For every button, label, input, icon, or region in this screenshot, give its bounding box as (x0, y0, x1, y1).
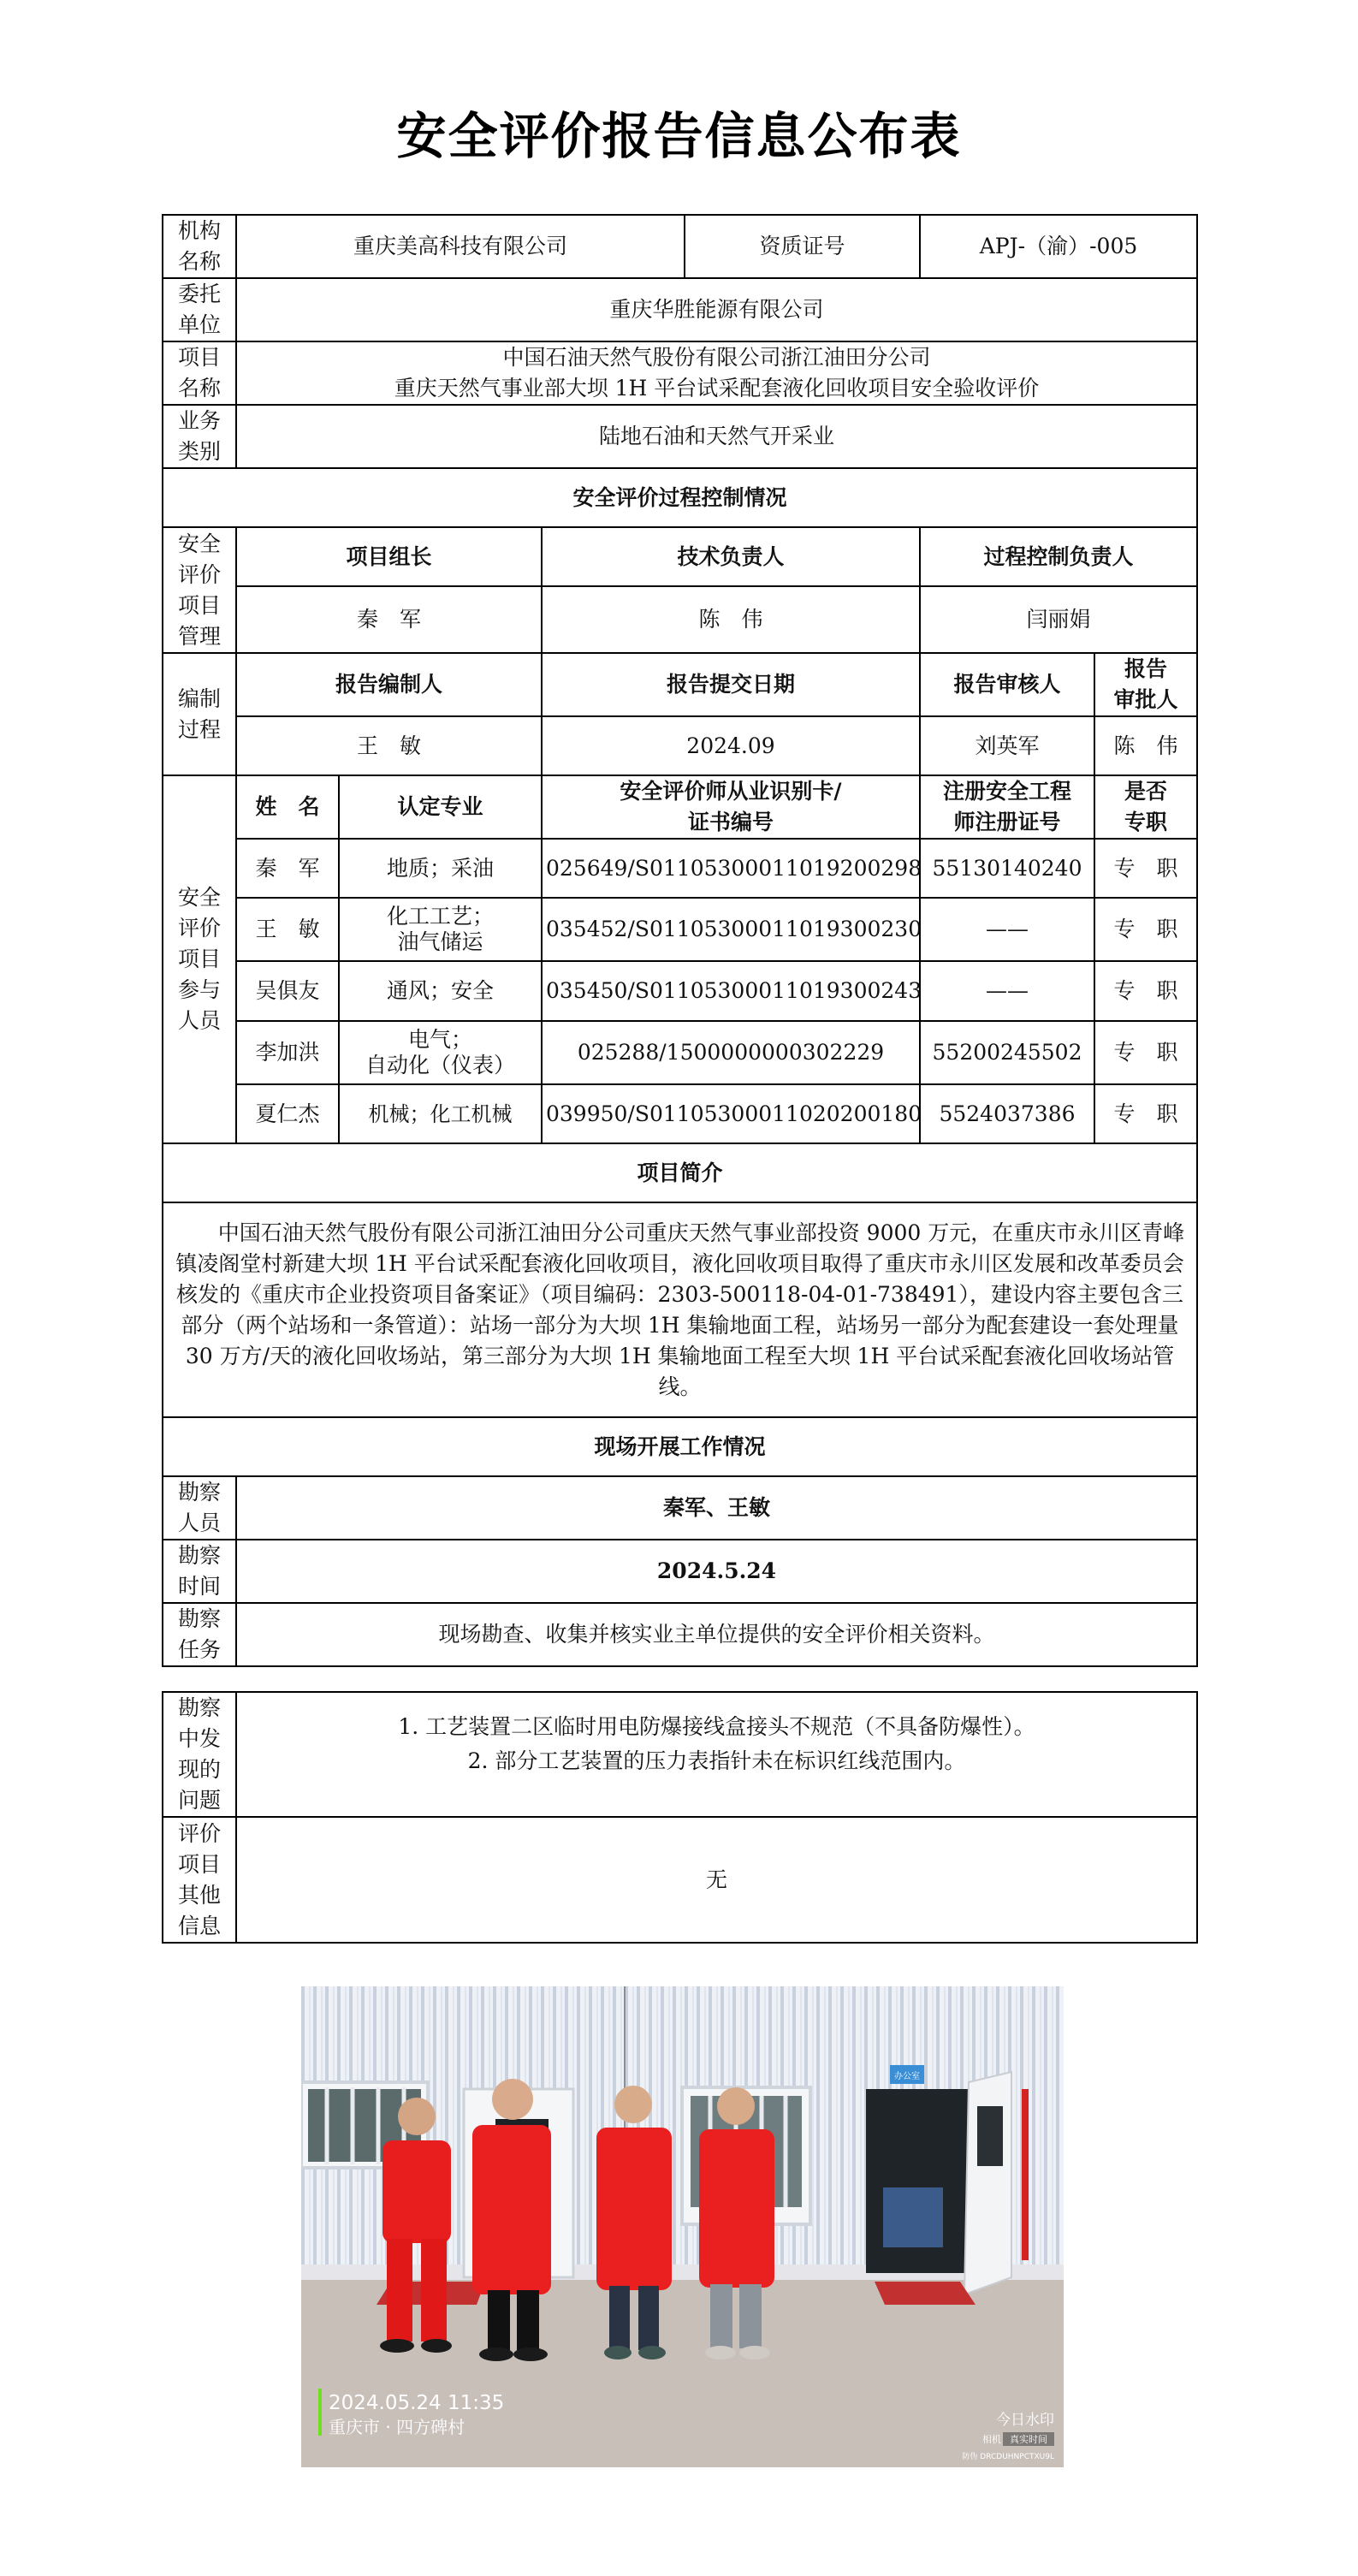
site-photo: 办公室 (301, 1986, 1064, 2467)
compile-label: 编制 过程 (163, 653, 236, 775)
issue-item: 2. 部分工艺装置的压力表指针未在标识红线范围内。 (240, 1744, 1193, 1778)
intro-paragraph: 中国石油天然气股份有限公司浙江油田分公司重庆天然气事业部投资 9000 万元，在… (163, 1202, 1197, 1417)
project-value: 中国石油天然气股份有限公司浙江油田分公司 重庆天然气事业部大坝 1H 平台试采配… (236, 341, 1197, 405)
submit-date-header: 报告提交日期 (542, 653, 920, 716)
person-reg: 5524037386 (920, 1084, 1094, 1143)
reg-header: 注册安全工程 师注册证号 (920, 775, 1094, 839)
info-table: 机构 名称 重庆美高科技有限公司 资质证号 APJ-（渝）-005 委托 单位 … (162, 214, 1198, 1667)
project-label: 项目 名称 (163, 341, 236, 405)
project-row: 项目 名称 中国石油天然气股份有限公司浙江油田分公司 重庆天然气事业部大坝 1H… (163, 341, 1197, 405)
business-row: 业务 类别 陆地石油和天然气开采业 (163, 405, 1197, 468)
submit-date-value: 2024.09 (542, 716, 920, 775)
compile-header-row: 编制 过程 报告编制人 报告提交日期 报告审核人 报告 审批人 (163, 653, 1197, 716)
site-section-row: 现场开展工作情况 (163, 1417, 1197, 1476)
person-name: 吴俱友 (236, 961, 339, 1021)
person-reg: —— (920, 961, 1094, 1021)
management-header-row: 安全 评价 项目 管理 项目组长 技术负责人 过程控制负责人 (163, 527, 1197, 586)
person-name: 秦 军 (236, 839, 339, 898)
person-name: 王 敏 (236, 898, 339, 961)
person-card: 035452/S011053000110193002307 (542, 898, 920, 961)
name-header: 姓 名 (236, 775, 339, 839)
watermark-camera: 相机 (982, 2433, 1001, 2445)
card-header: 安全评价师从业识别卡/ 证书编号 (542, 775, 920, 839)
watermark-accent-bar (318, 2389, 322, 2436)
business-label: 业务 类别 (163, 405, 236, 468)
leader-value: 秦 军 (236, 586, 542, 653)
person-fulltime: 专 职 (1094, 1084, 1197, 1143)
person-specialty: 机械；化工机械 (339, 1084, 542, 1143)
approver-value: 陈 伟 (1094, 716, 1197, 775)
client-label: 委托 单位 (163, 278, 236, 341)
management-value-row: 秦 军 陈 伟 闫丽娟 (163, 586, 1197, 653)
person-fulltime: 专 职 (1094, 839, 1197, 898)
org-label: 机构 名称 (163, 215, 236, 278)
survey-time-value: 2024.5.24 (236, 1540, 1197, 1603)
cert-label: 资质证号 (685, 215, 920, 278)
person-fulltime: 专 职 (1094, 961, 1197, 1021)
site-section-title: 现场开展工作情况 (163, 1417, 1197, 1476)
person-fulltime: 专 职 (1094, 1021, 1197, 1084)
client-value: 重庆华胜能源有限公司 (236, 278, 1197, 341)
person-card: 025288/1500000000302229 (542, 1021, 920, 1084)
survey-task-row: 勘察 任务 现场勘查、收集并核实业主单位提供的安全评价相关资料。 (163, 1603, 1197, 1666)
project-value-line1: 中国石油天然气股份有限公司浙江油田分公司 (240, 342, 1193, 373)
person-card: 025649/S011053000110192002986 (542, 839, 920, 898)
process-section-row: 安全评价过程控制情况 (163, 468, 1197, 527)
reviewer-header: 报告审核人 (920, 653, 1094, 716)
other-info-label: 评价 项目 其他 信息 (163, 1817, 236, 1943)
person-reg: —— (920, 898, 1094, 961)
org-row: 机构 名称 重庆美高科技有限公司 资质证号 APJ-（渝）-005 (163, 215, 1197, 278)
person-card: 035450/S011053000110193002438 (542, 961, 920, 1021)
process-lead-value: 闫丽娟 (920, 586, 1197, 653)
personnel-row: 吴俱友 通风；安全 035450/S011053000110193002438 … (163, 961, 1197, 1021)
survey-personnel-label: 勘察 人员 (163, 1476, 236, 1540)
issues-list: 1. 工艺装置二区临时用电防爆接线盒接头不规范（不具备防爆性）。 2. 部分工艺… (236, 1692, 1197, 1817)
svg-text:办公室: 办公室 (894, 2070, 920, 2081)
survey-personnel-value: 秦军、王敏 (236, 1476, 1197, 1540)
tech-lead-header: 技术负责人 (542, 527, 920, 586)
person-specialty: 化工工艺； 油气储运 (339, 898, 542, 961)
survey-task-label: 勘察 任务 (163, 1603, 236, 1666)
personnel-row: 秦 军 地质；采油 025649/S011053000110192002986 … (163, 839, 1197, 898)
person-card: 039950/S011053000110202001805 (542, 1084, 920, 1143)
compiler-header: 报告编制人 (236, 653, 542, 716)
approver-header: 报告 审批人 (1094, 653, 1197, 716)
personnel-row: 王 敏 化工工艺； 油气储运 035452/S01105300011019300… (163, 898, 1197, 961)
client-row: 委托 单位 重庆华胜能源有限公司 (163, 278, 1197, 341)
other-info-value: 无 (236, 1817, 1197, 1943)
personnel-header-row: 安全 评价 项目 参与 人员 姓 名 认定专业 安全评价师从业识别卡/ 证书编号… (163, 775, 1197, 839)
personnel-row: 李加洪 电气； 自动化（仪表） 025288/1500000000302229 … (163, 1021, 1197, 1084)
photo-timestamp: 2024.05.24 11:35 (329, 2392, 504, 2414)
person-specialty: 电气； 自动化（仪表） (339, 1021, 542, 1084)
project-value-line2: 重庆天然气事业部大坝 1H 平台试采配套液化回收项目安全验收评价 (240, 373, 1193, 404)
site-photo-illustration: 办公室 (301, 1986, 1064, 2467)
page-title: 安全评价报告信息公布表 (0, 96, 1358, 168)
survey-time-label: 勘察 时间 (163, 1540, 236, 1603)
person-name: 夏仁杰 (236, 1084, 339, 1143)
issues-label: 勘察 中发 现的 问题 (163, 1692, 236, 1817)
compile-value-row: 王 敏 2024.09 刘英军 陈 伟 (163, 716, 1197, 775)
survey-task-value: 现场勘查、收集并核实业主单位提供的安全评价相关资料。 (236, 1603, 1197, 1666)
management-label: 安全 评价 项目 管理 (163, 527, 236, 653)
cert-value: APJ-（渝）-005 (920, 215, 1197, 278)
personnel-label: 安全 评价 项目 参与 人员 (163, 775, 236, 1143)
survey-time-row: 勘察 时间 2024.5.24 (163, 1540, 1197, 1603)
person-reg: 55130140240 (920, 839, 1094, 898)
fulltime-header: 是否 专职 (1094, 775, 1197, 839)
person-specialty: 通风；安全 (339, 961, 542, 1021)
person-name: 李加洪 (236, 1021, 339, 1084)
issues-row: 勘察 中发 现的 问题 1. 工艺装置二区临时用电防爆接线盒接头不规范（不具备防… (163, 1692, 1197, 1817)
person-reg: 55200245502 (920, 1021, 1094, 1084)
leader-header: 项目组长 (236, 527, 542, 586)
org-value: 重庆美高科技有限公司 (236, 215, 685, 278)
intro-section-row: 项目简介 (163, 1143, 1197, 1202)
issue-item: 1. 工艺装置二区临时用电防爆接线盒接头不规范（不具备防爆性）。 (240, 1710, 1193, 1744)
person-fulltime: 专 职 (1094, 898, 1197, 961)
personnel-row: 夏仁杰 机械；化工机械 039950/S01105300011020200180… (163, 1084, 1197, 1143)
specialty-header: 认定专业 (339, 775, 542, 839)
person-specialty: 地质；采油 (339, 839, 542, 898)
process-section-title: 安全评价过程控制情况 (163, 468, 1197, 527)
watermark-realtime: 真实时间 (1010, 2433, 1047, 2445)
watermark-code: 防伪 DRCDUHNPCTXU9L (962, 2451, 1054, 2461)
compiler-value: 王 敏 (236, 716, 542, 775)
watermark-brand: 今日水印 (996, 2412, 1054, 2429)
process-lead-header: 过程控制负责人 (920, 527, 1197, 586)
other-info-row: 评价 项目 其他 信息 无 (163, 1817, 1197, 1943)
reviewer-value: 刘英军 (920, 716, 1094, 775)
findings-table: 勘察 中发 现的 问题 1. 工艺装置二区临时用电防爆接线盒接头不规范（不具备防… (162, 1691, 1198, 1944)
intro-text-row: 中国石油天然气股份有限公司浙江油田分公司重庆天然气事业部投资 9000 万元，在… (163, 1202, 1197, 1417)
photo-location: 重庆市 · 四方碑村 (329, 2417, 465, 2437)
business-value: 陆地石油和天然气开采业 (236, 405, 1197, 468)
tech-lead-value: 陈 伟 (542, 586, 920, 653)
intro-section-title: 项目简介 (163, 1143, 1197, 1202)
survey-personnel-row: 勘察 人员 秦军、王敏 (163, 1476, 1197, 1540)
